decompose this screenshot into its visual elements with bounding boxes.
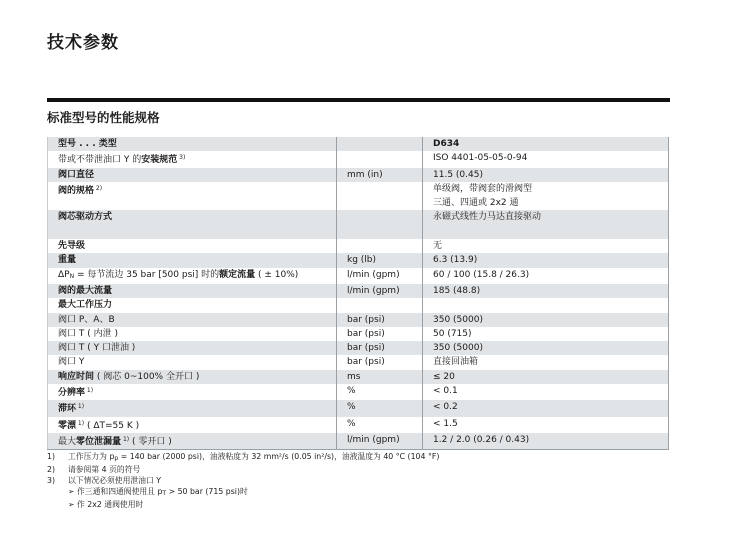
spec-unit: l/min (gpm) bbox=[337, 433, 423, 450]
footnotes: 1)工作压力为 pp = 140 bar (2000 psi)，油液粘度为 32… bbox=[47, 451, 439, 510]
label-text: 阀芯驱动方式 bbox=[58, 212, 112, 222]
footnote-number: 3) bbox=[47, 475, 68, 486]
table-row: 先导级无 bbox=[48, 239, 669, 253]
label-prefix: 最大 bbox=[58, 437, 76, 447]
table-row: 型号 . . . 类型D634 bbox=[48, 137, 669, 151]
spec-unit bbox=[337, 239, 423, 253]
label-prefix: ΔP bbox=[58, 270, 70, 280]
spec-value: < 0.1 bbox=[423, 384, 669, 400]
footnote-ref: 1) bbox=[121, 436, 129, 443]
spec-value: 60 / 100 (15.8 / 26.3) bbox=[423, 268, 669, 284]
spec-unit: ms bbox=[337, 370, 423, 384]
table-row: 阀的规格 2)单级阀，带阀套的滑阀型三通、四通或 2x2 通 bbox=[48, 182, 669, 211]
spec-unit: l/min (gpm) bbox=[337, 284, 423, 298]
label-text: 安装规范 bbox=[141, 155, 177, 165]
section-title: 标准型号的性能规格 bbox=[47, 108, 160, 126]
label-text: 分辨率 bbox=[58, 388, 85, 398]
text: = 140 bar (2000 psi)，油液粘度为 32 mm²/s (0.0… bbox=[118, 452, 439, 461]
label-text: 先导级 bbox=[58, 241, 85, 251]
spec-label: 响应时间 ( 阀芯 0~100% 全开口 ) bbox=[48, 370, 337, 384]
label-text: 阀口 Y bbox=[58, 357, 84, 367]
footnote-ref: 3) bbox=[177, 154, 185, 161]
value-line: 11.5 (0.45) bbox=[433, 168, 668, 182]
spec-unit: % bbox=[337, 417, 423, 433]
text: 工作压力为 p bbox=[68, 452, 114, 461]
spec-unit: bar (psi) bbox=[337, 327, 423, 341]
value-line: 185 (48.8) bbox=[433, 284, 668, 298]
footnote-ref: 1) bbox=[76, 420, 84, 427]
spec-unit bbox=[337, 298, 423, 312]
spec-unit: kg (lb) bbox=[337, 253, 423, 267]
label-text: 重量 bbox=[58, 255, 76, 265]
footnote-text: 请参阅第 4 页的符号 bbox=[68, 464, 140, 475]
spec-value: D634 bbox=[423, 137, 669, 151]
label-text: 响应时间 bbox=[58, 372, 94, 382]
value-line: 单级阀，带阀套的滑阀型 bbox=[433, 182, 668, 196]
label-text: 最大工作压力 bbox=[58, 300, 112, 310]
spec-value: 185 (48.8) bbox=[423, 284, 669, 298]
label-prefix: 带或不带泄油口 Y 的 bbox=[58, 155, 141, 165]
spec-label: 先导级 bbox=[48, 239, 337, 253]
table-row: 零漂 1) ( ΔT=55 K )%< 1.5 bbox=[48, 417, 669, 433]
table-row: 最大零位泄漏量 1) ( 零开口 )l/min (gpm)1.2 / 2.0 (… bbox=[48, 433, 669, 450]
value-line: 50 (715) bbox=[433, 327, 668, 341]
spec-unit: bar (psi) bbox=[337, 355, 423, 369]
spec-value: < 1.5 bbox=[423, 417, 669, 433]
label-suffix: ( ΔT=55 K ) bbox=[84, 421, 139, 431]
label-text: 型号 . . . 类型 bbox=[58, 139, 117, 149]
table-row: 阀口直径mm (in)11.5 (0.45) bbox=[48, 168, 669, 182]
footnote-text: 工作压力为 pp = 140 bar (2000 psi)，油液粘度为 32 m… bbox=[68, 451, 439, 464]
footnote-number: 1) bbox=[47, 451, 68, 464]
value-line: 三通、四通或 2x2 通 bbox=[433, 196, 668, 210]
table-row: 阀口 P、A、Bbar (psi)350 (5000) bbox=[48, 313, 669, 327]
spec-value: ≤ 20 bbox=[423, 370, 669, 384]
spec-label: 阀口直径 bbox=[48, 168, 337, 182]
value-line: 1.2 / 2.0 (0.26 / 0.43) bbox=[433, 433, 668, 447]
spec-label: 带或不带泄油口 Y 的安装规范 3) bbox=[48, 151, 337, 167]
spec-unit bbox=[337, 182, 423, 211]
footnote: 2)请参阅第 4 页的符号 bbox=[47, 464, 439, 475]
spec-unit bbox=[337, 210, 423, 239]
spec-unit: bar (psi) bbox=[337, 341, 423, 355]
footnote-ref: 1) bbox=[85, 387, 93, 394]
value-line: 永磁式线性力马达直接驱动 bbox=[433, 210, 668, 224]
text: 请参阅第 4 页的符号 bbox=[68, 465, 140, 474]
footnote: 1)工作压力为 pp = 140 bar (2000 psi)，油液粘度为 32… bbox=[47, 451, 439, 464]
table-row: 阀的最大流量l/min (gpm)185 (48.8) bbox=[48, 284, 669, 298]
spec-unit: % bbox=[337, 400, 423, 416]
spec-value: 直接回油箱 bbox=[423, 355, 669, 369]
spec-label: 最大零位泄漏量 1) ( 零开口 ) bbox=[48, 433, 337, 450]
label-text: 阀口 T ( 内泄 ) bbox=[58, 329, 118, 339]
value-line: 350 (5000) bbox=[433, 313, 668, 327]
value-line: ISO 4401-05-05-0-94 bbox=[433, 151, 668, 165]
label-text: 零漂 bbox=[58, 421, 76, 431]
page-title: 技术参数 bbox=[47, 28, 119, 53]
label-text: 额定流量 bbox=[219, 270, 255, 280]
value-line: ≤ 20 bbox=[433, 370, 668, 384]
spec-unit: % bbox=[337, 384, 423, 400]
label-text: 阀的最大流量 bbox=[58, 286, 112, 296]
table-row: 分辨率 1)%< 0.1 bbox=[48, 384, 669, 400]
footnote-subitem: ➢ 作 2x2 通阀使用时 bbox=[47, 499, 439, 510]
label-text: 阀的规格 bbox=[58, 186, 94, 196]
label-text: 阀口 P、A、B bbox=[58, 315, 115, 325]
table-row: 响应时间 ( 阀芯 0~100% 全开口 )ms≤ 20 bbox=[48, 370, 669, 384]
footnote-ref: 2) bbox=[94, 185, 102, 192]
label-suffix: ( ± 10%) bbox=[255, 270, 298, 280]
text: ➢ 作 2x2 通阀使用时 bbox=[68, 500, 143, 509]
spec-unit: bar (psi) bbox=[337, 313, 423, 327]
value-line: < 0.2 bbox=[433, 400, 668, 414]
spec-value: 无 bbox=[423, 239, 669, 253]
footnote-subitem: ➢ 作三通和四通阀使用且 pT > 50 bar (715 psi)时 bbox=[47, 486, 439, 499]
value-line: 6.3 (13.9) bbox=[433, 253, 668, 267]
spec-value: 350 (5000) bbox=[423, 341, 669, 355]
spec-label: 重量 bbox=[48, 253, 337, 267]
label-suffix: ( 阀芯 0~100% 全开口 ) bbox=[94, 372, 199, 382]
table-row: 阀口 T ( 内泄 )bar (psi)50 (715) bbox=[48, 327, 669, 341]
text: ➢ 作三通和四通阀使用且 p bbox=[68, 487, 162, 496]
spec-value: 350 (5000) bbox=[423, 313, 669, 327]
spec-value: ISO 4401-05-05-0-94 bbox=[423, 151, 669, 167]
section-divider bbox=[47, 98, 670, 102]
value-line: 60 / 100 (15.8 / 26.3) bbox=[433, 268, 668, 282]
spec-label: 滞环 1) bbox=[48, 400, 337, 416]
label-suffix: ( 零开口 ) bbox=[129, 437, 172, 447]
footnote-ref: 1) bbox=[76, 403, 84, 410]
spec-value: 6.3 (13.9) bbox=[423, 253, 669, 267]
spec-unit bbox=[337, 137, 423, 151]
text: > 50 bar (715 psi)时 bbox=[166, 487, 248, 496]
spec-value: 50 (715) bbox=[423, 327, 669, 341]
value-line: < 0.1 bbox=[433, 384, 668, 398]
spec-value: 11.5 (0.45) bbox=[423, 168, 669, 182]
spec-label: 阀的最大流量 bbox=[48, 284, 337, 298]
spec-label: 阀口 T ( 内泄 ) bbox=[48, 327, 337, 341]
spec-label: 阀的规格 2) bbox=[48, 182, 337, 211]
table-row: 重量kg (lb)6.3 (13.9) bbox=[48, 253, 669, 267]
spec-value bbox=[423, 298, 669, 312]
spec-label: ΔPN = 每节流边 35 bar [500 psi] 时的额定流量 ( ± 1… bbox=[48, 268, 337, 284]
label-text: 阀口直径 bbox=[58, 170, 94, 180]
label-text: 阀口 T ( Y 口泄油 ) bbox=[58, 343, 135, 353]
table-row: 阀口 T ( Y 口泄油 )bar (psi)350 (5000) bbox=[48, 341, 669, 355]
spec-label: 零漂 1) ( ΔT=55 K ) bbox=[48, 417, 337, 433]
table-row: 带或不带泄油口 Y 的安装规范 3)ISO 4401-05-05-0-94 bbox=[48, 151, 669, 167]
spec-value: 1.2 / 2.0 (0.26 / 0.43) bbox=[423, 433, 669, 450]
label-text: 滞环 bbox=[58, 404, 76, 414]
footnote-number: 2) bbox=[47, 464, 68, 475]
spec-label: 阀口 Y bbox=[48, 355, 337, 369]
value-line: 无 bbox=[433, 239, 668, 253]
spec-label: 最大工作压力 bbox=[48, 298, 337, 312]
footnote: 3)以下情况必须使用泄油口 Y bbox=[47, 475, 439, 486]
value-line: D634 bbox=[433, 137, 668, 151]
spec-unit: l/min (gpm) bbox=[337, 268, 423, 284]
value-line: 350 (5000) bbox=[433, 341, 668, 355]
value-line: < 1.5 bbox=[433, 417, 668, 431]
spec-label: 阀芯驱动方式 bbox=[48, 210, 337, 239]
spec-table: 型号 . . . 类型D634带或不带泄油口 Y 的安装规范 3)ISO 440… bbox=[47, 137, 669, 450]
text: 以下情况必须使用泄油口 Y bbox=[68, 476, 161, 485]
footnote-text: 以下情况必须使用泄油口 Y bbox=[68, 475, 161, 486]
table-row: 最大工作压力 bbox=[48, 298, 669, 312]
table-row: ΔPN = 每节流边 35 bar [500 psi] 时的额定流量 ( ± 1… bbox=[48, 268, 669, 284]
spec-value: 单级阀，带阀套的滑阀型三通、四通或 2x2 通 bbox=[423, 182, 669, 211]
spec-label: 阀口 P、A、B bbox=[48, 313, 337, 327]
table-row: 阀口 Ybar (psi)直接回油箱 bbox=[48, 355, 669, 369]
label-text: 零位泄漏量 bbox=[76, 437, 121, 447]
spec-value: < 0.2 bbox=[423, 400, 669, 416]
spec-unit: mm (in) bbox=[337, 168, 423, 182]
table-row: 滞环 1)%< 0.2 bbox=[48, 400, 669, 416]
spec-unit bbox=[337, 151, 423, 167]
spec-value: 永磁式线性力马达直接驱动 bbox=[423, 210, 669, 239]
spec-label: 阀口 T ( Y 口泄油 ) bbox=[48, 341, 337, 355]
label-middle: = 每节流边 35 bar [500 psi] 时的 bbox=[74, 270, 219, 280]
spec-label: 型号 . . . 类型 bbox=[48, 137, 337, 151]
table-row: 阀芯驱动方式永磁式线性力马达直接驱动 bbox=[48, 210, 669, 239]
spec-label: 分辨率 1) bbox=[48, 384, 337, 400]
value-line: 直接回油箱 bbox=[433, 355, 668, 369]
